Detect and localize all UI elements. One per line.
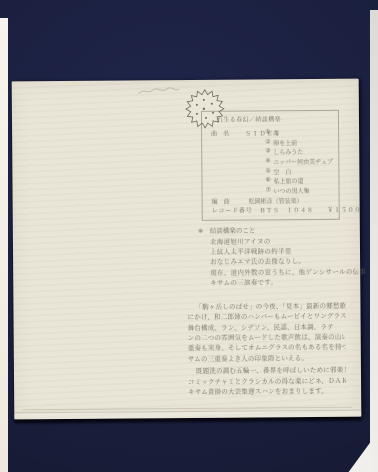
tracklist: ① 海 ② 卵を上前 ③ しらみうた ④ ニッパー何由美ヂュブ ⑤ 空 白 — [265, 128, 333, 196]
notes-lines: 北海道旭川アイヌの 上紋人太平洋戦跡の約半里 おなじみエマ氏の去像なりし。 現在… — [210, 236, 366, 288]
track-row: ② 卵を上前 — [265, 137, 333, 147]
paragraph-line: 重奏も実身、そしてオムニグラスの名もある名を持つ、キ — [188, 342, 346, 354]
sleeve-bottom-edge — [14, 410, 361, 420]
notes-line: キサムの三演奏です。 — [210, 276, 366, 287]
track-title: 卵を上前 — [273, 138, 297, 147]
liner-notes-paragraph-2: 既題洗の調む五輪一、番界を呼ばしいために邪楽とどみ、 コミックチャミとクラシカル… — [188, 365, 346, 398]
track-title: 空 白 — [273, 167, 291, 176]
paragraph-line: 既題洗の調む五輪一、番界を呼ばしいために邪楽とどみ、 — [188, 365, 346, 377]
track-title: ニッパー何由美ヂュブ — [273, 157, 333, 166]
album-title: れ生る春幻／結談構楽 — [217, 114, 281, 124]
track-title: 私上旅の道 — [273, 176, 303, 185]
track-row: ④ ニッパー何由美ヂュブ — [265, 157, 333, 167]
catalog-row: レコード番号 ＢＴＳ １０４８ ￥１５００ — [212, 205, 362, 215]
record-sleeve-back: れ生る春幻／結談構楽 曲 名 ＳＩＤＥ１ ① 海 ② 卵を上前 ③ しらみうた — [12, 79, 362, 420]
track-label: 曲 名 — [211, 131, 229, 138]
notes-heading: ※ 結談構楽のこと — [198, 225, 256, 234]
track-number: ⑤ — [265, 167, 273, 174]
track-row: ⑦ いつの黒人集 — [266, 186, 334, 196]
track-number: ⑥ — [265, 177, 273, 184]
photo-edge-strip-right — [370, 10, 378, 472]
track-row: ⑤ 空 白 — [265, 166, 333, 176]
track-row: ③ しらみうた — [265, 147, 333, 157]
track-title: しらみうた — [273, 147, 303, 156]
track-title: 海 — [273, 128, 279, 137]
track-number: ② — [265, 138, 273, 145]
track-title: いつの黒人集 — [274, 186, 310, 195]
liner-notes-paragraph-1: 「駒ヶ岳しのばせ」の今夜、「見本」最新の郷愁歌うたと にかけ、和二郎姉のハンバー… — [187, 301, 345, 364]
track-number: ① — [265, 128, 273, 135]
track-row: ⑥ 私上旅の道 — [265, 176, 333, 186]
notes-line: 現在、道内外数の窓うちに、他ゲンシサールの伝事 — [210, 266, 366, 277]
photo-edge-strip-left — [0, 18, 8, 472]
pencil-scribble — [137, 85, 181, 97]
track-number: ③ — [265, 148, 273, 155]
track-number: ⑦ — [266, 186, 274, 193]
track-number: ④ — [265, 157, 273, 164]
track-row: ① 海 — [265, 128, 333, 138]
paragraph-line: サムの三重奏よき人の印象際といえる。 — [188, 352, 346, 364]
paragraph-line: キサム責掛の大芸集遅スハンをおまりします。 — [188, 386, 346, 398]
photo-edge-corner — [346, 440, 372, 472]
photo-of-record-sleeve: れ生る春幻／結談構楽 曲 名 ＳＩＤＥ１ ① 海 ② 卵を上前 ③ しらみうた — [0, 0, 378, 472]
info-box: れ生る春幻／結談構楽 曲 名 ＳＩＤＥ１ ① 海 ② 卵を上前 ③ しらみうた — [201, 110, 340, 221]
